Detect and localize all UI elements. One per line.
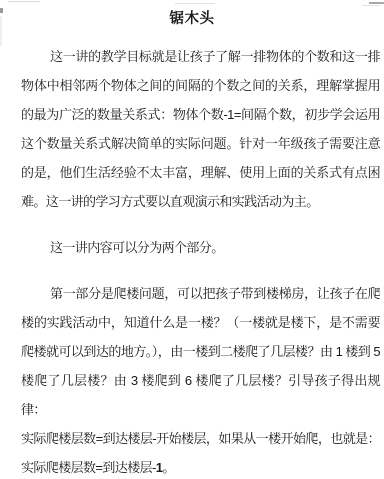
document-body: 这一讲的教学目标就是让孩子了解一排物体的个数和这一排物体中相邻两个物体之间的间隔… <box>21 42 380 479</box>
scan-artifact-top-right-line <box>369 2 384 4</box>
text-run: 第一部分是爬楼问题，可以把孩子带到楼梯房，让孩子在爬楼的实践活动中，知道什么是一… <box>21 286 380 417</box>
text-run: 这一讲内容可以分为两个部分。 <box>50 240 224 255</box>
paragraph-2: 这一讲内容可以分为两个部分。 <box>21 233 380 262</box>
scan-artifact-top-right-faint <box>362 5 380 6</box>
paragraph-1: 这一讲的教学目标就是让孩子了解一排物体的个数和这一排物体中相邻两个物体之间的间隔… <box>21 42 380 216</box>
document-page: 锯木头 这一讲的教学目标就是让孩子了解一排物体的个数和这一排物体中相邻两个物体之… <box>0 0 384 479</box>
scan-artifact-top-center-dots <box>175 3 215 4</box>
scan-artifact-left-strip <box>0 16 2 46</box>
text-run: 。 <box>162 460 174 475</box>
paragraph-3: 第一部分是爬楼问题，可以把孩子带到楼梯房，让孩子在爬楼的实践活动中，知道什么是一… <box>21 279 380 424</box>
paragraph-4: 实际爬楼层数=到达楼层-开始楼层，如果从一楼开始爬，也就是：实际爬楼层数=到达楼… <box>21 424 380 479</box>
document-title: 锯木头 <box>0 0 384 27</box>
text-run: 这一讲的教学目标就是让孩子了解一排物体的个数和这一排物体中相邻两个物体之间的间隔… <box>21 49 380 209</box>
scan-artifact-left-smudge <box>0 8 3 13</box>
text-run: 实际爬楼层数=到达楼层-开始楼层，如果从一楼开始爬，也就是：实际爬楼层数=到达楼… <box>21 431 380 475</box>
scan-artifact-top-left-line <box>8 1 40 2</box>
